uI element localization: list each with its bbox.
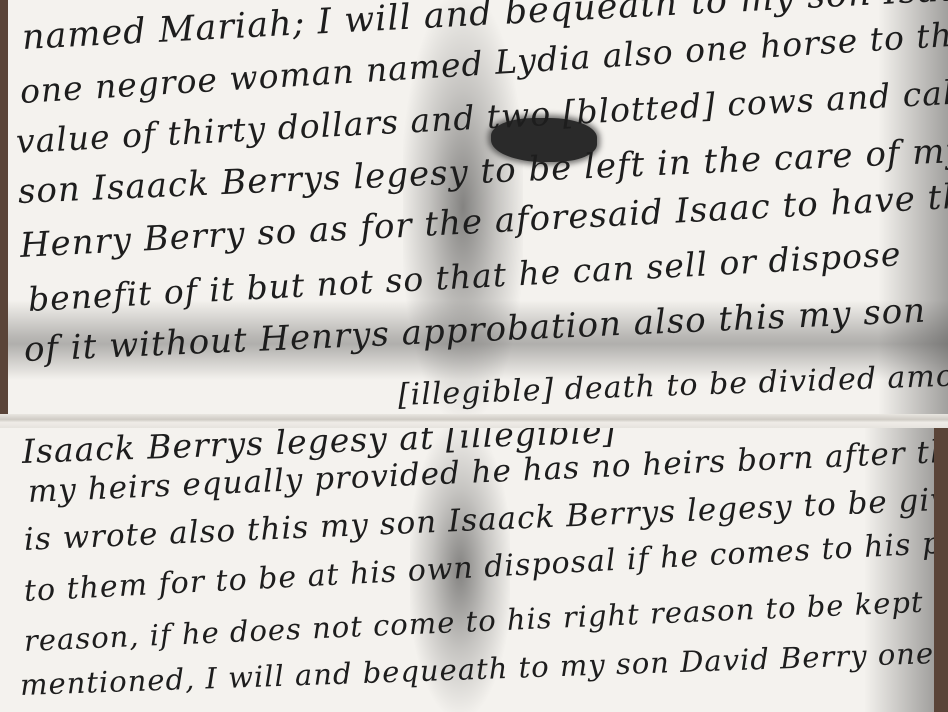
document-bottom-strip: Isaack Berrys legesy at [illegible] my h…	[0, 428, 934, 712]
strip-seam	[0, 414, 948, 428]
document-top-strip: named Mariah; I will and bequeath to my …	[8, 0, 948, 414]
handwritten-line: [illegible] death to be divided among	[397, 357, 948, 413]
